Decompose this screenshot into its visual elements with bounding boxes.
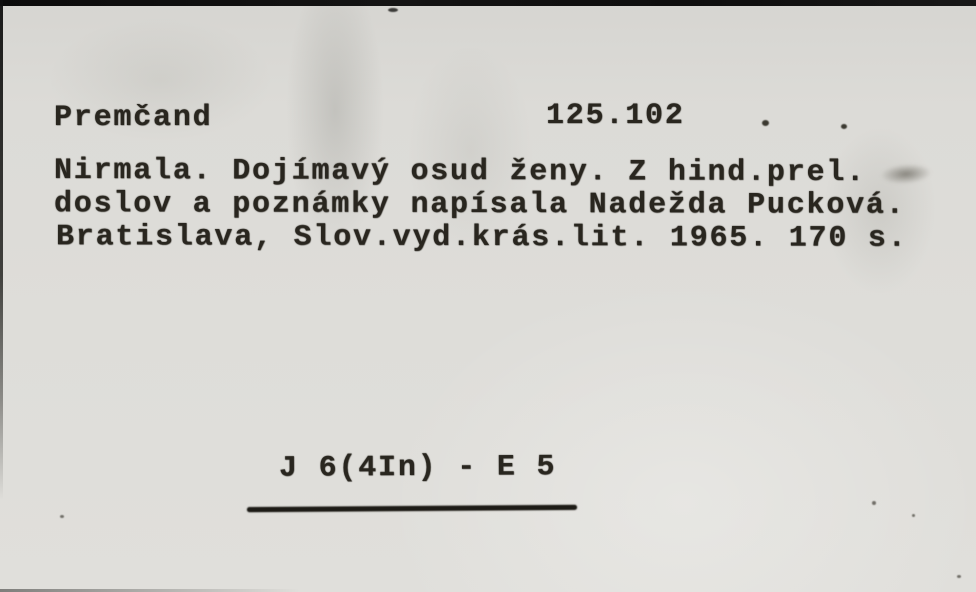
ink-speck: [388, 8, 398, 12]
ink-speck: [957, 575, 961, 578]
bibliography-line: Bratislava, Slov.vyd.krás.lit. 1965. 170…: [56, 221, 908, 254]
ink-dot: [841, 124, 847, 129]
catalog-card: Premčand 125.102 Nirmala. Dojímavý osud …: [0, 0, 976, 592]
author-heading: Premčand: [54, 102, 212, 134]
scan-top-edge: [0, 0, 976, 6]
bibliography-line: doslov a poznámky napísala Nadežda Pucko…: [54, 188, 906, 221]
scan-left-edge: [0, 0, 3, 500]
call-number-underline: [247, 505, 577, 512]
ink-speck: [912, 514, 915, 517]
ink-speck: [60, 515, 64, 518]
ink-dot: [762, 120, 769, 126]
call-number: J 6(4In) - E 5: [279, 451, 556, 484]
ink-smudge: [879, 162, 932, 186]
shelf-number: 125.102: [546, 100, 685, 132]
ink-speck: [872, 501, 876, 505]
bibliography-line: Nirmala. Dojímavý osud ženy. Z hind.prel…: [54, 155, 866, 189]
